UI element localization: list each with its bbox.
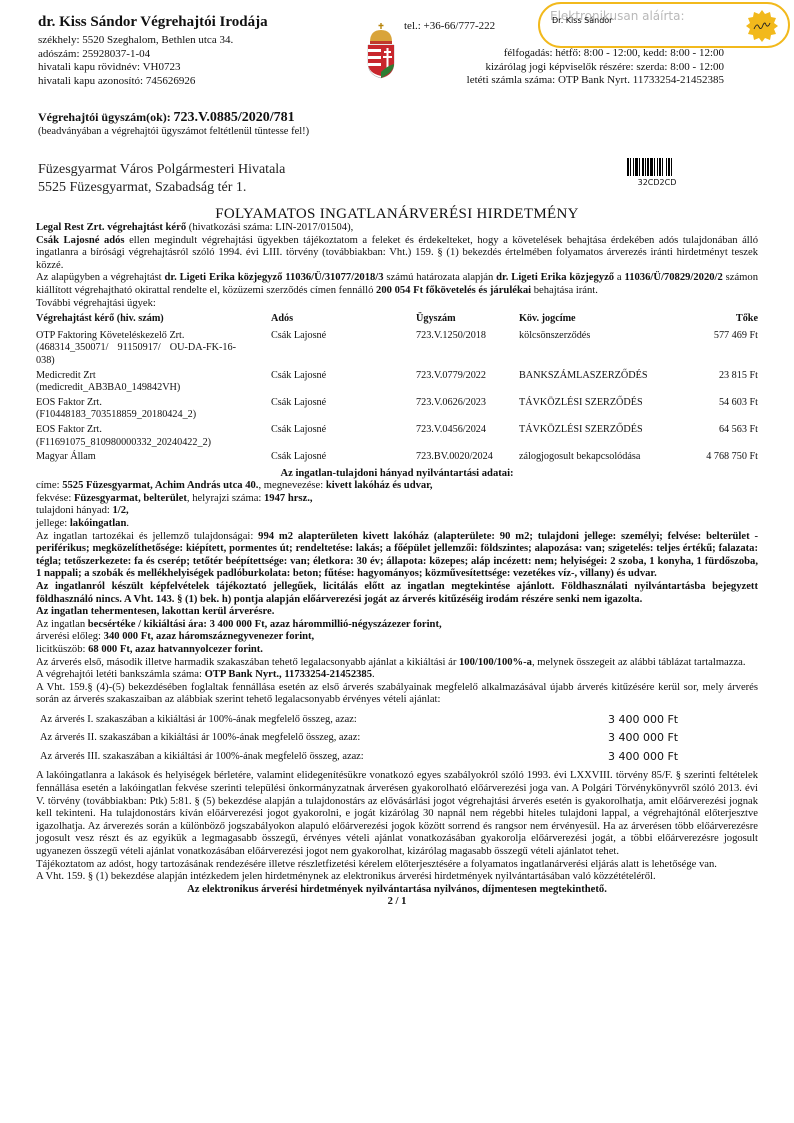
label: Az ingatlan tartozékai és jellemző tulaj… (36, 531, 258, 542)
property-type-line: jellege: lakóingatlan. (36, 518, 758, 531)
addressee: Füzesgyarmat Város Polgármesteri Hivatal… (38, 161, 285, 197)
col-header-case: Ügyszám (416, 312, 519, 330)
creditor-ref: (hivatkozási száma: LIN-2017/01504), (186, 222, 353, 233)
table-row: EOS Faktor Zrt.(F11691075_810980000332_2… (36, 424, 758, 451)
basis-text: behajtása iránt. (531, 285, 598, 296)
cell-title: kölcsönszerződés (519, 330, 679, 370)
property-address: 5525 Füzesgyarmat, Achim András utca 40. (62, 480, 258, 491)
label: A végrehajtói letéti bankszámla száma: (36, 669, 205, 680)
addressee-name: Füzesgyarmat Város Polgármesteri Hivatal… (38, 161, 285, 179)
col-header-title: Köv. jogcíme (519, 312, 679, 330)
cell-amount: 577 469 Ft (679, 330, 758, 370)
cell-amount: 23 815 Ft (679, 370, 758, 397)
office-header: dr. Kiss Sándor Végrehajtói Irodája szék… (38, 14, 268, 88)
creditor-name: Medicredit Zrt (36, 370, 271, 383)
auction-stage-row: Az árverés II. szakaszában a kikiáltási … (40, 729, 758, 748)
cases-table: Végrehajtást kérő (hiv. szám) Adós Ügysz… (36, 312, 758, 466)
addressee-address: 5525 Füzesgyarmat, Szabadság tér 1. (38, 179, 285, 197)
label: árverési előleg: (36, 631, 104, 642)
coat-of-arms-icon (366, 22, 396, 80)
property-address-line: címe: 5525 Füzesgyarmat, Achim András ut… (36, 480, 758, 493)
cell-creditor: Magyar Állam (36, 451, 271, 466)
label: jellege: (36, 518, 70, 529)
cell-case: 723.V.0779/2022 (416, 370, 519, 397)
label: becsértéke / kikiáltási ára: (88, 619, 210, 630)
label: , megnevezése: (258, 480, 325, 491)
electronic-signature-badge[interactable]: Elektronikusan aláírta: Dr. Kiss Sándor (538, 2, 790, 48)
table-row: OTP Faktoring Követeléskezelő Zrt.(46831… (36, 330, 758, 370)
label: fekvése: (36, 493, 74, 504)
debtor-notice: Tájékoztatom az adóst, hogy tartozásának… (36, 859, 758, 872)
cell-title: TÁVKÖZLÉSI SZERZŐDÉS (519, 397, 679, 424)
creditor-ref: (F10448183_703518859_20180424_2) (36, 409, 236, 422)
cell-debtor: Csák Lajosné (271, 330, 416, 370)
min-bid-text: Az árverés első, második illetve harmadi… (36, 657, 459, 668)
cell-debtor: Csák Lajosné (271, 397, 416, 424)
property-type: lakóingatlan (70, 518, 127, 529)
barcode-icon (627, 158, 687, 176)
creditor-ref: (468314_350071/ 91150917/ OU-DA-FK-16-03… (36, 342, 236, 367)
office-address: székhely: 5520 Szeghalom, Bethlen utca 3… (38, 34, 268, 48)
property-location-line: fekvése: Füzesgyarmat, belterület, helyr… (36, 493, 758, 506)
bid-step-line: licitküszöb: 68 000 Ft, azaz hatvannyolc… (36, 644, 758, 657)
stage-label: Az árverés III. szakaszában a kikiáltási… (40, 751, 608, 764)
property-share: 1/2, (113, 505, 129, 516)
page-number: 2 / 1 (36, 896, 758, 909)
stage-label: Az árverés II. szakaszában a kikiáltási … (40, 732, 608, 745)
min-bid-line: Az árverés első, második illetve harmadi… (36, 657, 758, 670)
cell-amount: 54 603 Ft (679, 397, 758, 424)
rule-text: A Vht. 159.§ (4)-(5) bekezdésében foglal… (36, 682, 758, 707)
stage-amount: 3 400 000 Ft (608, 751, 678, 764)
cell-case: 723.V.0456/2024 (416, 424, 519, 451)
col-header-creditor: Végrehajtást kérő (hiv. szám) (36, 312, 271, 330)
col-header-amount: Tőke (679, 312, 758, 330)
office-gateway-id: hivatali kapu azonosító: 745626926 (38, 75, 268, 89)
document-title: FOLYAMATOS INGATLANÁRVERÉSI HIRDETMÉNY (0, 206, 794, 223)
basis-notary: dr. Ligeti Erika közjegyző (496, 272, 614, 283)
basis-paragraph: Az alapügyben a végrehajtást dr. Ligeti … (36, 272, 758, 297)
property-lot: 1947 hrsz., (264, 493, 313, 504)
property-photos-note: Az ingatlanról készült képfelvételek táj… (36, 581, 758, 606)
auction-stages: Az árverés I. szakaszában a kikiáltási á… (40, 711, 758, 767)
cell-amount: 64 563 Ft (679, 424, 758, 451)
signature-seal-icon (746, 10, 778, 42)
label: licitküszöb: (36, 644, 88, 655)
table-row: Magyar ÁllamCsák Lajosné723.BV.0020/2024… (36, 451, 758, 466)
photos-note-text: Az ingatlanról készült képfelvételek táj… (36, 581, 758, 605)
basis-text: számú határozata alapján (384, 272, 497, 283)
starting-price: 3 400 000 Ft, azaz hárommillió-négyszáze… (210, 619, 442, 630)
case-number-note: (beadványában a végrehajtói ügyszámot fe… (38, 126, 309, 137)
property-features: Az ingatlan tartozékai és jellemző tulaj… (36, 531, 758, 581)
cell-case: 723.BV.0020/2024 (416, 451, 519, 466)
cell-debtor: Csák Lajosné (271, 424, 416, 451)
cell-creditor: OTP Faktoring Követeléskezelő Zrt.(46831… (36, 330, 271, 370)
barcode-label: 32CD2CD (630, 178, 684, 187)
office-hours-lawyers: kizárólag jogi képviselők részére: szerd… (404, 61, 724, 75)
stage-amount: 3 400 000 Ft (608, 732, 678, 745)
registry-notice: Az elektronikus árverési hirdetmények ny… (36, 884, 758, 897)
creditor-ref: (F11691075_810980000332_20240422_2) (36, 437, 236, 450)
stage-label: Az árverés I. szakaszában a kikiáltási á… (40, 714, 608, 727)
table-row: Medicredit Zrt(medicredit_AB3BA0_149842V… (36, 370, 758, 397)
basis-notary-decision: dr. Ligeti Erika közjegyző 11036/Ü/31077… (164, 272, 383, 283)
col-header-debtor: Adós (271, 312, 416, 330)
cell-amount: 4 768 750 Ft (679, 451, 758, 466)
auction-deposit: 340 000 Ft, azaz háromszáznegyvenezer fo… (104, 631, 315, 642)
basis-document-number: 11036/Ü/70829/2020/2 (625, 272, 723, 283)
stage-amount: 3 400 000 Ft (608, 714, 678, 727)
basis-text: a (614, 272, 624, 283)
publication-notice: A Vht. 159. § (1) bekezdése alapján inté… (36, 871, 758, 884)
debtor-name: Csák Lajosné adós (36, 235, 125, 246)
office-hours: félfogadás: hétfő: 8:00 - 12:00, kedd: 8… (404, 47, 724, 61)
further-cases-label: További végrehajtási ügyek: (36, 298, 758, 311)
creditor-name: Magyar Állam (36, 451, 271, 464)
min-bid-text: , melynek összegeit az alábbi táblázat t… (532, 657, 746, 668)
intro-paragraph: Legal Rest Zrt. végrehajtást kérő (hivat… (36, 222, 758, 272)
price-line: Az ingatlan becsértéke / kikiáltási ára:… (36, 619, 758, 632)
auction-stage-row: Az árverés III. szakaszában a kikiáltási… (40, 748, 758, 767)
office-escrow-account: letéti számla száma: OTP Bank Nyrt. 1173… (404, 74, 724, 88)
preemption-paragraph: A lakóingatlanra a lakások és helyiségek… (36, 770, 758, 858)
auction-stage-row: Az árverés I. szakaszában a kikiáltási á… (40, 711, 758, 730)
property-name: kivett lakóház és udvar, (326, 480, 433, 491)
case-number-label: Végrehajtói ügyszám(ok): (38, 110, 171, 124)
bank-account: OTP Bank Nyrt., 11733254-21452385 (205, 669, 372, 680)
signer-name: Dr. Kiss Sándor (552, 16, 612, 25)
creditor-name: EOS Faktor Zrt. (36, 397, 271, 410)
table-row: EOS Faktor Zrt.(F10448183_703518859_2018… (36, 397, 758, 424)
office-name: dr. Kiss Sándor Végrehajtói Irodája (38, 14, 268, 31)
label: Az ingatlan (36, 619, 88, 630)
case-number-block: Végrehajtói ügyszám(ok): 723.V.0885/2020… (38, 110, 309, 137)
basis-claim-amount: 200 054 Ft főkövetelés és járulékai (376, 285, 531, 296)
property-heading: Az ingatlan-tulajdoni hányad nyilvántart… (36, 468, 758, 481)
bid-step: 68 000 Ft, azaz hatvannyolcezer forint. (88, 644, 263, 655)
label: címe: (36, 480, 62, 491)
intro-text: ellen megindult végrehajtási ügyekben tá… (36, 235, 758, 271)
cell-creditor: EOS Faktor Zrt.(F11691075_810980000332_2… (36, 424, 271, 451)
creditor-name: OTP Faktoring Követeléskezelő Zrt. (36, 330, 271, 343)
office-phone: tel.: +36-66/777-222 (404, 20, 495, 34)
creditor-name: Legal Rest Zrt. végrehajtást kérő (36, 222, 186, 233)
cell-creditor: Medicredit Zrt(medicredit_AB3BA0_149842V… (36, 370, 271, 397)
cell-debtor: Csák Lajosné (271, 370, 416, 397)
cell-case: 723.V.1250/2018 (416, 330, 519, 370)
office-tax-number: adószám: 25928037-1-04 (38, 48, 268, 62)
document-body: Legal Rest Zrt. végrehajtást kérő (hivat… (36, 222, 758, 909)
cell-creditor: EOS Faktor Zrt.(F10448183_703518859_2018… (36, 397, 271, 424)
cell-title: zálogjogosult bekapcsolódása (519, 451, 679, 466)
label: tulajdoni hányad: (36, 505, 113, 516)
label: , helyrajzi száma: (187, 493, 264, 504)
property-location: Füzesgyarmat, belterület (74, 493, 187, 504)
creditor-ref: (medicredit_AB3BA0_149842VH) (36, 382, 236, 395)
deposit-line: árverési előleg: 340 000 Ft, azaz hároms… (36, 631, 758, 644)
creditor-name: EOS Faktor Zrt. (36, 424, 271, 437)
cell-title: TÁVKÖZLÉSI SZERZŐDÉS (519, 424, 679, 451)
encumbrance-text: Az ingatlan tehermentesen, lakottan kerü… (36, 606, 274, 617)
basis-text: Az alapügyben a végrehajtást (36, 272, 164, 283)
office-gateway-shortname: hivatali kapu rövidnév: VH0723 (38, 61, 268, 75)
cell-title: BANKSZÁMLASZERZŐDÉS (519, 370, 679, 397)
min-bid-percent: 100/100/100%-a (459, 657, 532, 668)
cell-debtor: Csák Lajosné (271, 451, 416, 466)
case-number: 723.V.0885/2020/781 (174, 110, 295, 125)
property-share-line: tulajdoni hányad: 1/2, (36, 505, 758, 518)
property-encumbrance: Az ingatlan tehermentesen, lakottan kerü… (36, 606, 758, 619)
bank-account-line: A végrehajtói letéti bankszámla száma: O… (36, 669, 758, 682)
cell-case: 723.V.0626/2023 (416, 397, 519, 424)
